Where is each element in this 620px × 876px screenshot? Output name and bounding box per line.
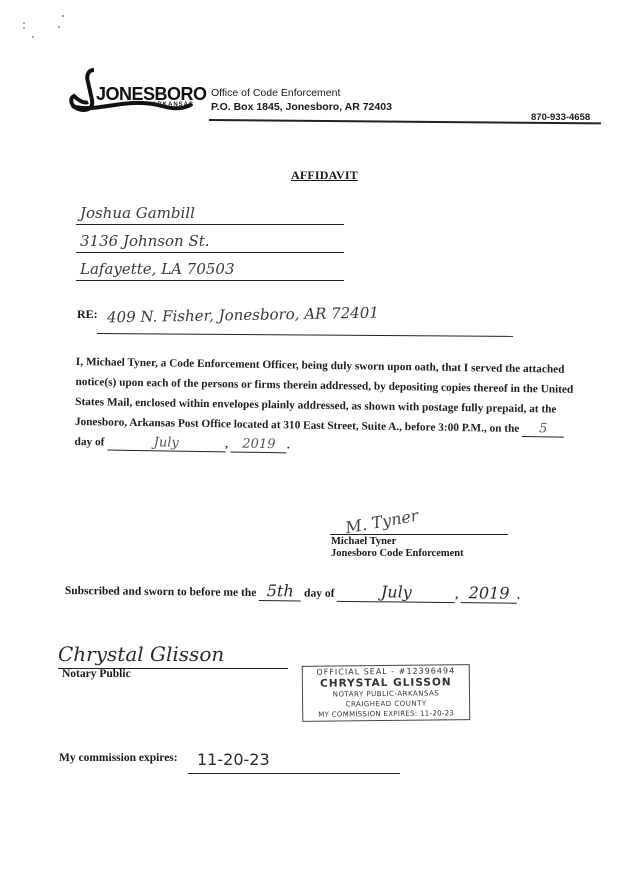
sworn-comma: ,: [455, 589, 458, 601]
recipient-street: 3136 Johnson St.: [80, 232, 210, 250]
jonesboro-logo: JONESBORO ARKANSAS: [66, 66, 194, 116]
notary-label: Notary Public: [62, 668, 131, 680]
officer-signature-line: [330, 534, 508, 535]
re-property: 409 N. Fisher, Jonesboro, AR 72401: [107, 304, 379, 327]
office-address: P.O. Box 1845, Jonesboro, AR 72403: [211, 100, 392, 114]
sworn-year: 2019: [461, 584, 517, 604]
notary-signature: Chrystal Glisson: [58, 642, 224, 666]
statement-day: 5: [522, 422, 564, 438]
commission-label: My commission expires:: [59, 752, 178, 764]
recipient-name: Joshua Gambill: [80, 204, 195, 222]
sworn-prefix: Subscribed and sworn to before me the: [65, 585, 257, 599]
officer-name: Michael Tyner: [331, 536, 464, 548]
commission-value: 11-20-23: [197, 750, 270, 769]
notary-seal-stamp: OFFICIAL SEAL - #12396494 CHRYSTAL GLISS…: [302, 664, 471, 722]
officer-signature: M. Tyner: [344, 506, 420, 538]
statement-comma: ,: [225, 438, 228, 450]
seal-name: CHRYSTAL GLISSON: [303, 676, 469, 690]
statement-month: July: [107, 436, 225, 453]
sworn-month: July: [337, 583, 455, 603]
statement-text: I, Michael Tyner, a Code Enforcement Off…: [75, 356, 574, 435]
affidavit-statement: I, Michael Tyner, a Code Enforcement Off…: [74, 352, 576, 460]
commission-line: [188, 773, 400, 774]
office-name: Office of Code Enforcement: [211, 86, 392, 100]
re-label: RE:: [77, 307, 98, 322]
officer-department: Jonesboro Code Enforcement: [331, 548, 464, 560]
recipient-name-line: [76, 224, 344, 225]
sworn-day: 5th: [259, 582, 301, 601]
recipient-city: Lafayette, LA 70503: [80, 260, 235, 278]
recipient-street-line: [76, 252, 344, 253]
officer-block: Michael Tyner Jonesboro Code Enforcement: [331, 536, 464, 560]
statement-day-connector: day of: [74, 436, 104, 448]
seal-expiration: MY COMMISSION EXPIRES: 11-20-23: [303, 708, 469, 720]
sworn-period: .: [517, 590, 520, 602]
statement-period: .: [287, 439, 290, 451]
sworn-statement: Subscribed and sworn to before me the 5t…: [65, 580, 520, 604]
statement-year: 2019: [231, 437, 287, 453]
re-line: [97, 333, 513, 337]
recipient-city-line: [76, 280, 344, 281]
document-title: AFFIDAVIT: [291, 168, 358, 183]
sworn-day-connector: day of: [304, 588, 334, 600]
office-block: Office of Code Enforcement P.O. Box 1845…: [211, 86, 392, 114]
logo-subtext: ARKANSAS: [152, 102, 194, 108]
scan-specks: [20, 15, 80, 40]
